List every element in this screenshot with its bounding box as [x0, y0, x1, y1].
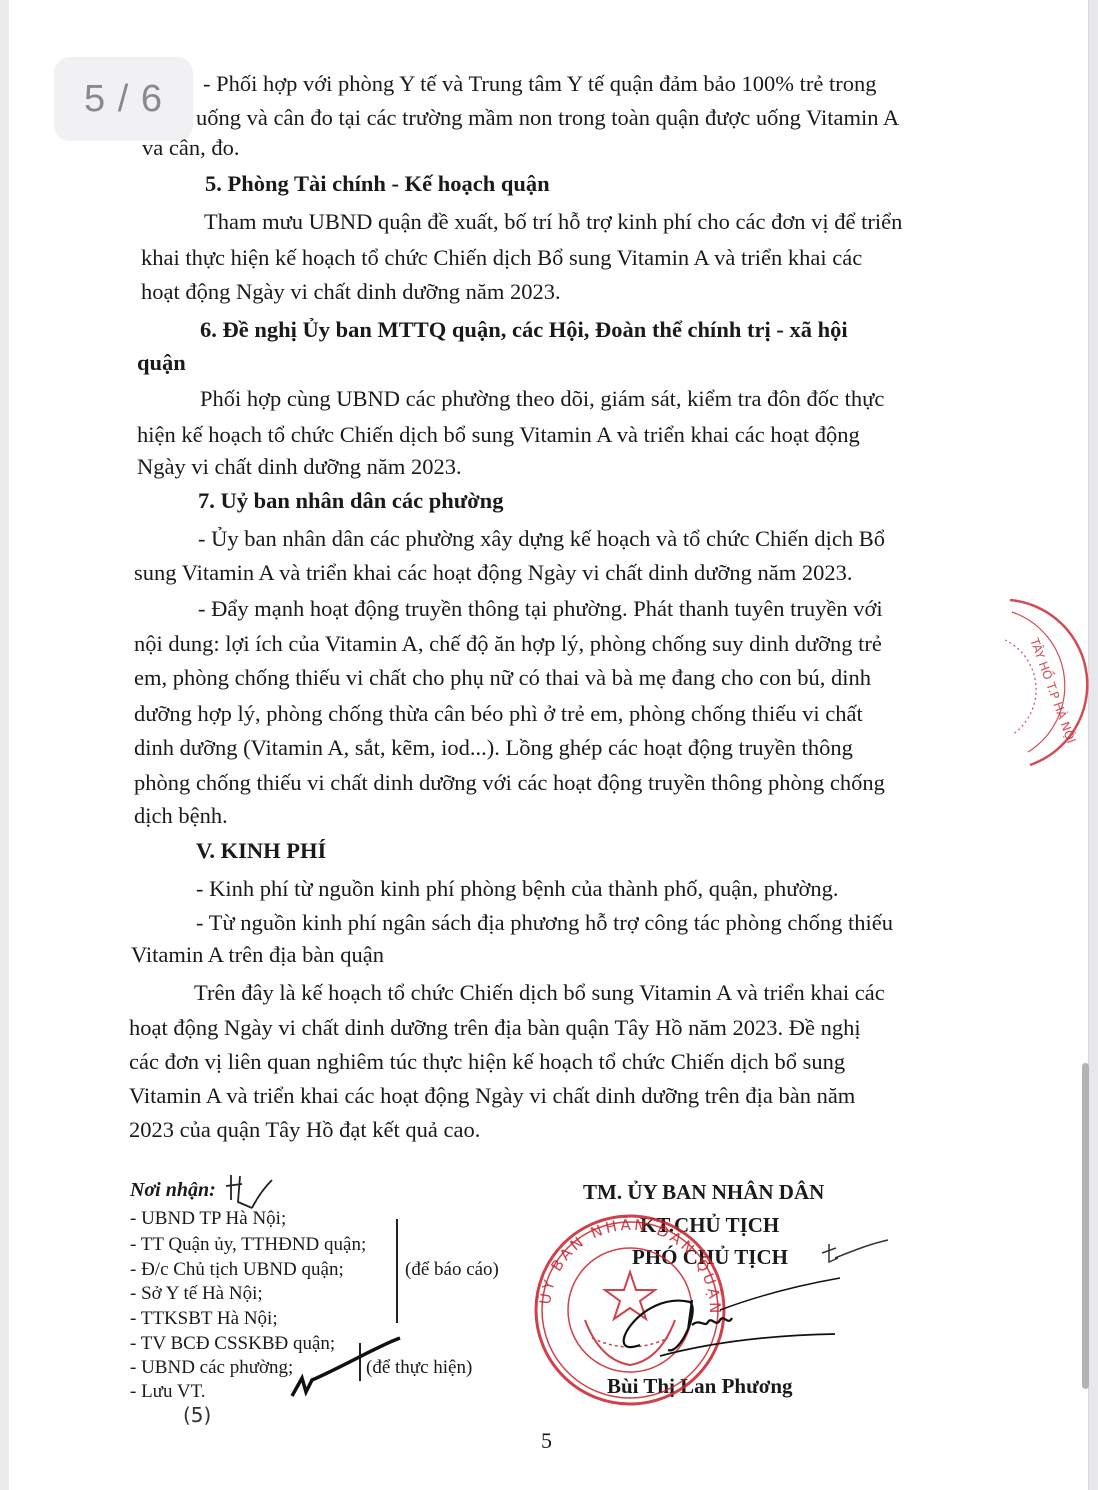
recipient-item: - UBND các phường; — [130, 1358, 293, 1377]
body-line: Phối hợp cùng UBND các phường theo dõi, … — [200, 388, 884, 411]
body-line: sung Vitamin A và triển khai các hoạt độ… — [134, 562, 852, 585]
body-line: khai thực hiện kế hoạch tổ chức Chiến dị… — [141, 247, 862, 270]
body-line: Vitamin A và triển khai các hoạt động Ng… — [129, 1085, 855, 1108]
recipient-item: - UBND TP Hà Nội; — [130, 1209, 286, 1228]
body-line: 2023 của quận Tây Hồ đạt kết quả cao. — [129, 1119, 480, 1142]
body-line: dinh dưỡng (Vitamin A, sắt, kẽm, iod...)… — [134, 737, 853, 760]
page-number: 5 — [541, 1428, 552, 1454]
recipient-item: - TT Quận ủy, TTHĐND quận; — [130, 1235, 366, 1254]
signature-title-1: TM. ỦY BAN NHÂN DÂN — [583, 1180, 824, 1205]
body-line: dưỡng hợp lý, phòng chống thừa cân béo p… — [134, 703, 863, 726]
signatory-name: Bùi Thị Lan Phương — [607, 1374, 793, 1399]
recipient-item: - TTKSBT Hà Nội; — [130, 1309, 278, 1328]
implement-group-note: (để thực hiện) — [366, 1358, 472, 1377]
body-line: - Kinh phí từ nguồn kinh phí phòng bệnh … — [196, 878, 838, 901]
bracket-line — [359, 1343, 361, 1381]
signature-title-3: PHÓ CHỦ TỊCH — [632, 1245, 788, 1270]
section-heading: 7. Uỷ ban nhân dân các phường — [198, 490, 503, 513]
body-line: - Đẩy mạnh hoạt động truyền thông tại ph… — [198, 598, 883, 621]
section-heading: 6. Đề nghị Ủy ban MTTQ quận, các Hội, Đo… — [200, 319, 848, 342]
handwritten-count: (5) — [183, 1405, 211, 1425]
body-line: Ngày vi chất dinh dưỡng năm 2023. — [137, 456, 462, 479]
vertical-scrollbar-thumb[interactable] — [1082, 1063, 1089, 1389]
body-line: - Từ nguồn kinh phí ngân sách địa phương… — [196, 912, 893, 935]
body-line: em, phòng chống thiếu vi chất cho phụ nữ… — [134, 667, 871, 690]
recipient-item: - TV BCĐ CSSKBĐ quận; — [130, 1334, 335, 1353]
body-line: hoạt động Ngày vi chất dinh dưỡng năm 20… — [141, 281, 561, 304]
bracket-line — [396, 1219, 398, 1323]
body-line: hiện kế hoạch tổ chức Chiến dịch bổ sung… — [137, 424, 860, 447]
recipient-item: - Sở Y tế Hà Nội; — [130, 1284, 263, 1303]
body-line: dịch bệnh. — [134, 805, 228, 828]
body-line: các đơn vị liên quan nghiêm túc thực hiệ… — [129, 1051, 845, 1074]
body-line: - Ủy ban nhân dân các phường xây dựng kế… — [198, 528, 885, 551]
body-line: hoạt động Ngày vi chất dinh dưỡng trên đ… — [129, 1017, 861, 1040]
section-heading: V. KINH PHÍ — [196, 840, 326, 863]
body-line: uống và cân đo tại các trường mầm non tr… — [196, 107, 899, 130]
body-line: Tham mưu UBND quận đề xuất, bố trí hỗ tr… — [204, 211, 902, 234]
signature-title-2: KT.CHỦ TỊCH — [640, 1213, 779, 1238]
report-group-note: (để báo cáo) — [405, 1260, 499, 1279]
recipient-item: - Lưu VT. — [130, 1382, 206, 1401]
body-line: nội dung: lợi ích của Vitamin A, chế độ … — [134, 633, 882, 656]
body-line: Vitamin A trên địa bàn quận — [131, 944, 384, 967]
recipients-label: Nơi nhận: — [130, 1180, 216, 1200]
body-line: phòng chống thiếu vi chất dinh dưỡng với… — [134, 772, 885, 795]
viewer-right-gutter — [1088, 0, 1098, 1490]
section-heading: 5. Phòng Tài chính - Kế hoạch quận — [205, 173, 550, 196]
page-indicator-text: 5 / 6 — [84, 78, 163, 121]
recipient-item: - Đ/c Chủ tịch UBND quận; — [130, 1260, 344, 1279]
body-line: - Phối hợp với phòng Y tế và Trung tâm Y… — [203, 73, 877, 96]
section-heading: quận — [137, 352, 186, 375]
body-line: Trên đây là kế hoạch tổ chức Chiến dịch … — [194, 982, 885, 1005]
page-indicator-badge: 5 / 6 — [54, 57, 193, 141]
